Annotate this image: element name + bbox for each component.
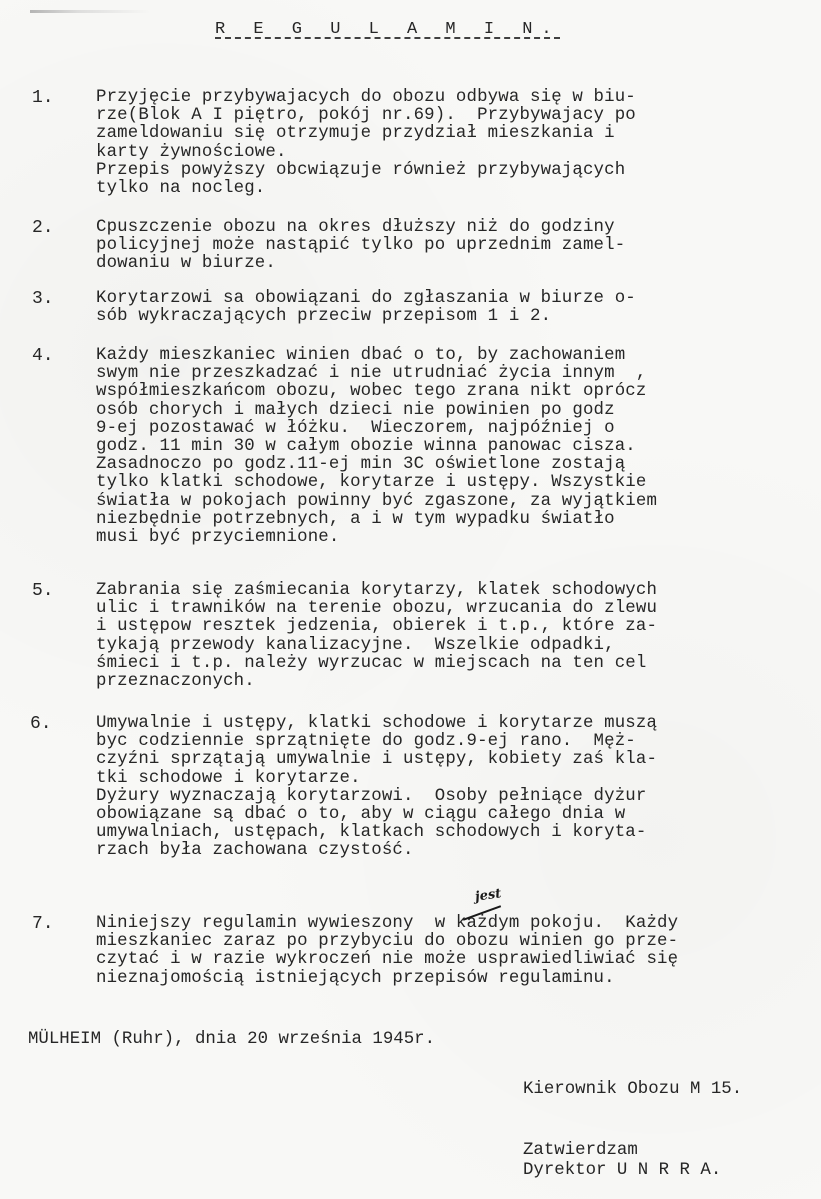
section-number: 4. [32, 346, 54, 366]
section-text-line: Umywalnie i ustępy, klatki schodowe i ko… [96, 714, 657, 734]
section-number: 5. [32, 581, 54, 601]
section-text-line: czyźni sprzątają umywalnie i ustępy, kob… [96, 750, 657, 770]
camp-director-signature: Kierownik Obozu M 15. [523, 1080, 742, 1100]
document-title: R E G U L A M I N. [215, 20, 561, 39]
section-text-line: tylko na nocleg. [96, 179, 265, 199]
section-text-line: ulic i trawników na terenie obozu, wrzuc… [96, 599, 657, 619]
section-text-line: Zasadnoczo po godz.11-ej min 3C oświetlo… [96, 455, 625, 475]
section-text-line: osób chorych i małych dzieci nie powinie… [96, 401, 615, 421]
section-number: 7. [32, 914, 54, 934]
section-text-line: zameldowaniu się otrzymuje przydział mie… [96, 124, 615, 144]
section-text-line: i ustępow resztek jedzenia, obierek i t.… [96, 617, 657, 637]
section-text-line: czytać i w razie wykroczeń nie może uspr… [96, 950, 678, 970]
section-text-line: rze(Blok A I piętro, pokój nr.69). Przyb… [96, 106, 636, 126]
section-text-line: policyjnej może nastąpić tylko po uprzed… [96, 236, 625, 256]
section-text-line: Przepis powyższy obcwiązuje również przy… [96, 161, 625, 181]
section-text-line: światła w pokojach powinny być zgaszone,… [96, 492, 657, 512]
section-text-line: Przyjęcie przybywajacych do obozu odbywa… [96, 88, 636, 108]
section-text-line: Każdy mieszkaniec winien dbać o to, by z… [96, 346, 625, 366]
section-text-line: byc codziennie sprzątnięte do godz.9-ej … [96, 732, 636, 752]
section-text-line: tki schodowe i korytarze. [96, 769, 361, 789]
handwritten-insertion: jest [474, 886, 502, 905]
section-text-line: Dyżury wyznaczają korytarzowi. Osoby peł… [96, 787, 646, 807]
section-text-line: umywalniach, ustępach, klatkach schodowy… [96, 823, 646, 843]
section-text-line: dowaniu w biurze. [96, 254, 276, 274]
section-text-line: tylko klatki schodowe, korytarze i ustęp… [96, 473, 646, 493]
section-number: 3. [32, 289, 54, 309]
section-text-line: swym nie przeszkadzać i nie utrudniać ży… [96, 364, 646, 384]
approval-label: Zatwierdzam [523, 1141, 638, 1161]
section-text-line: Niniejszy regulamin wywieszony w każdym … [96, 914, 678, 934]
section-text-line: mieszkaniec zaraz po przybyciu do obozu … [96, 932, 678, 952]
scan-smudge [30, 10, 150, 13]
section-text-line: niezbędnie potrzebnych, a i w tym wypadk… [96, 510, 615, 530]
unrra-director-signature: Dyrektor U N R R A. [523, 1161, 721, 1181]
section-text-line: nieznajomością istniejących przepisów re… [96, 969, 615, 989]
section-number: 1. [32, 88, 54, 108]
section-text-line: sób wykraczających przeciw przepisom 1 i… [96, 307, 551, 327]
section-text-line: przeznaczonych. [96, 672, 255, 692]
document-page: R E G U L A M I N. 1.Przyjęcie przybywaj… [0, 0, 821, 1199]
place-date: MÜLHEIM (Ruhr), dnia 20 września 1945r. [28, 1030, 435, 1050]
section-text-line: śmieci i t.p. należy wyrzucac w miejscac… [96, 654, 646, 674]
section-text-line: współmieszkańcom obozu, wobec tego zrana… [96, 382, 646, 402]
section-text-line: obowiązane są dbać o to, aby w ciągu cał… [96, 805, 625, 825]
section-text-line: musi być przyciemnione. [96, 528, 339, 548]
section-number: 2. [32, 218, 54, 238]
section-text-line: Korytarzowi sa obowiązani do zgłaszania … [96, 289, 636, 309]
section-text-line: godz. 11 min 30 w całym obozie winna pan… [96, 437, 636, 457]
section-number: 6. [30, 714, 52, 734]
section-text-line: rzach była zachowana czystość. [96, 841, 414, 861]
section-text-line: tykają przewody kanalizacyjne. Wszelkie … [96, 636, 615, 656]
section-text-line: karty żywnościowe. [96, 143, 287, 163]
section-text-line: Zabrania się zaśmiecania korytarzy, klat… [96, 581, 657, 601]
section-text-line: Cpuszczenie obozu na okres dłuższy niż d… [96, 218, 615, 238]
section-text-line: 9-ej pozostawać w łóżku. Wieczorem, najp… [96, 419, 615, 439]
